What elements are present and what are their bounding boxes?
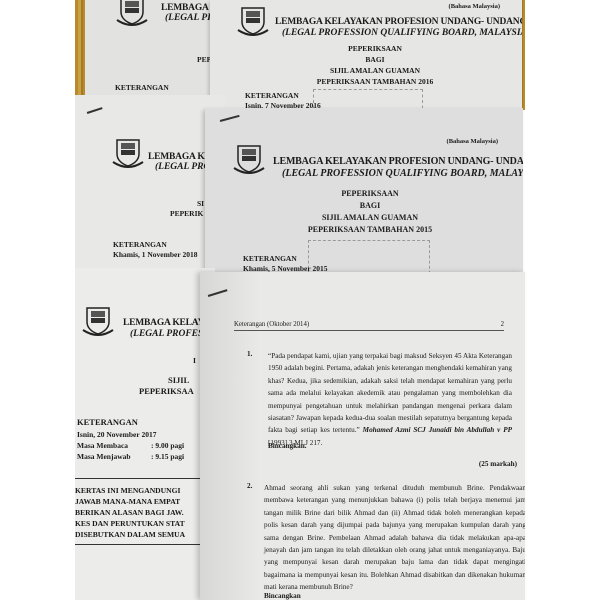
exam-line: PEPERIKSAAN	[295, 188, 445, 200]
board-name-en: (LEGAL PROFES	[130, 329, 203, 339]
discuss-instruction: Bincangkan.	[268, 440, 307, 452]
instruction-line: DISEBUTKAN DALAM SEMUA	[75, 529, 215, 540]
question-2-text: Ahmad seorang ahli sukan yang terkenal d…	[264, 482, 525, 594]
exam-line: PEPERIKSAAN TAMBAHAN 2016	[300, 76, 450, 87]
pen-mark	[220, 115, 240, 122]
instruction-line: BERIKAN ALASAN BAGI JAW.	[75, 507, 215, 518]
reading-time-label: Masa Membaca	[77, 440, 128, 451]
instructions-box: KERTAS INI MENGANDUNGI JAWAB MANA-MANA E…	[75, 478, 215, 545]
instruction-line: JAWAB MANA-MANA EMPAT	[75, 496, 215, 507]
question-marks: (25 markah)	[479, 460, 517, 468]
board-name-ms: LEMBAGA KELAYAKAN PROFESION UNDANG- UNDA…	[275, 17, 522, 27]
pen-mark	[87, 107, 103, 113]
crest-icon	[81, 306, 115, 338]
exam-line: PEPERIKSAAN TAMBAHAN 2015	[295, 224, 445, 236]
question-1-text: “Pada pendapat kami, ujian yang terpakai…	[268, 350, 512, 449]
subject-title: KETERANGAN	[77, 417, 138, 428]
exam-paper-2014-questions: Keterangan (Oktober 2014) 2 1. “Pada pen…	[200, 272, 525, 600]
exam-date: Isnin, 20 November 2017	[77, 429, 156, 440]
pen-mark	[208, 289, 228, 296]
exam-line: I	[193, 355, 196, 366]
language-tag: (Bahasa Malaysia)	[447, 138, 498, 145]
exam-paper-2017: LEMBAGA KELAYAK (LEGAL PROFES I SIJIL PE…	[75, 268, 215, 600]
exam-line: BAGI	[300, 54, 450, 65]
running-head-title: Keterangan (Oktober 2014)	[234, 321, 309, 328]
exam-line: PEPERIKSAAN	[300, 43, 450, 54]
answering-time-value: : 9.15 pagi	[151, 451, 184, 462]
reading-time-value: : 9.00 pagi	[151, 440, 184, 451]
exam-line: PEPERIKSAA	[139, 386, 194, 397]
exam-line: SIJIL AMALAN GUAMAN	[300, 65, 450, 76]
language-tag: (Bahasa Malaysia)	[449, 3, 500, 10]
crest-icon	[111, 138, 145, 170]
board-name-ms: LEMBAGA KELAYAKAN PROFESION UNDANG- UNDA…	[273, 156, 523, 167]
exam-paper-2015: (Bahasa Malaysia) LEMBAGA KELAYAKAN PROF…	[205, 108, 523, 278]
exam-title-block: PEPERIKSAAN BAGI SIJIL AMALAN GUAMAN PEP…	[295, 188, 445, 236]
board-name-en: (LEGAL PROFESSION QUALIFYING BOARD, MALA…	[282, 28, 522, 38]
exam-title-block: PEPERIKSAAN BAGI SIJIL AMALAN GUAMAN PEP…	[300, 43, 450, 87]
case-citation: Mohamed Azmi SCJ Junaidi bin Abdullah v …	[363, 426, 512, 434]
exam-paper-2016: (Bahasa Malaysia) LEMBAGA KELAYAKAN PROF…	[210, 0, 522, 112]
crest-icon	[232, 144, 266, 176]
exam-line: PEPERIK	[170, 208, 203, 219]
question-number: 1.	[247, 350, 252, 358]
exam-paper-2018: LEMBAGA KELAYA (LEGAL PROF SI PEPERIK KE…	[75, 95, 225, 275]
exam-line: SIJIL	[168, 375, 189, 386]
question-body: “Pada pendapat kami, ujian yang terpakai…	[268, 352, 512, 434]
crest-icon	[236, 6, 270, 38]
question-number: 2.	[247, 482, 252, 490]
exam-line: BAGI	[295, 200, 445, 212]
answering-time-label: Masa Menjawab	[77, 451, 131, 462]
exam-line: SIJIL AMALAN GUAMAN	[295, 212, 445, 224]
instruction-line: KES DAN PERUNTUKAN STAT	[75, 518, 215, 529]
exam-date: Khamis, 1 November 2018	[113, 249, 197, 260]
crest-icon	[115, 0, 149, 28]
discuss-instruction: Bincangkan	[264, 590, 301, 600]
running-header: Keterangan (Oktober 2014) 2	[234, 321, 504, 331]
page-number: 2	[501, 321, 504, 328]
board-name-en: (LEGAL PROFESSION QUALIFYING BOARD, MALA…	[282, 168, 523, 179]
instruction-line: KERTAS INI MENGANDUNGI	[75, 485, 215, 496]
